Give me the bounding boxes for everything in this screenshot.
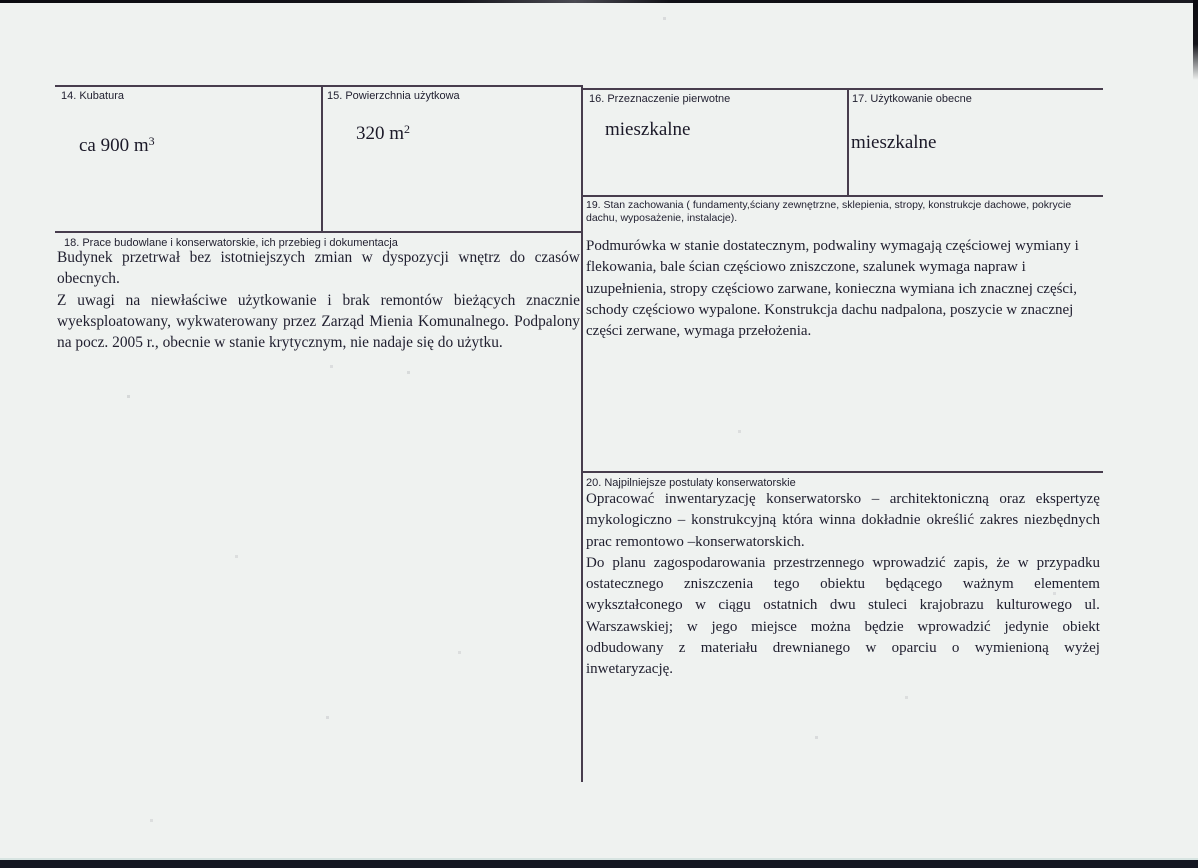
field-17-value: mieszkalne — [851, 132, 936, 154]
text-line: Zuwaginaniewłaściweużytkowanieibrakremon… — [57, 290, 580, 311]
rule-top-left — [55, 85, 582, 87]
text-line: ostatecznegozniszczeniategoobiektubędące… — [586, 574, 1100, 595]
scan-edge-bottom — [0, 860, 1198, 868]
text-line: Budynekprzetrwałbezistotniejszychzmianwd… — [57, 247, 580, 268]
text-line: inwetaryzację. — [586, 659, 1100, 680]
text-line: uzupełnienia, stropy częściowo zarwane, … — [586, 279, 1100, 300]
rule-above-field-19 — [583, 195, 1103, 197]
rule-center-vertical — [581, 85, 583, 782]
field-19-body: Podmurówka w stanie dostatecznym, podwal… — [586, 236, 1100, 342]
field-17-label: 17. Użytkowanie obecne — [852, 93, 972, 106]
field-15-superscript: 2 — [404, 122, 410, 136]
text-line: Doplanuzagospodarowaniaprzestrzennegowpr… — [586, 553, 1100, 574]
field-14-superscript: 3 — [149, 134, 155, 148]
scan-edge-corner — [1193, 0, 1198, 80]
text-line: na pocz. 2005 r., obecnie w stanie kryty… — [57, 332, 580, 353]
text-line: mykologiczno–konstrukcyjnąktórawinnadokł… — [586, 510, 1100, 531]
text-line: prac remontowo –konserwatorskich. — [586, 532, 1100, 553]
paper-speckles — [0, 0, 1, 1]
field-15-value: 320 m2 — [356, 122, 410, 145]
rule-divider-14-15 — [321, 85, 323, 233]
rule-above-field-20 — [583, 471, 1103, 473]
field-16-value: mieszkalne — [605, 119, 690, 141]
field-16-label: 16. Przeznaczenie pierwotne — [589, 93, 730, 106]
rule-top-right — [583, 88, 1103, 90]
rule-divider-16-17 — [847, 88, 849, 197]
text-line: schody częściowo wypalone. Konstrukcja d… — [586, 300, 1100, 321]
field-14-label: 14. Kubatura — [61, 90, 124, 103]
field-19-label: 19. Stan zachowania ( fundamenty,ściany … — [586, 199, 1098, 225]
document-page: 14. Kubatura ca 900 m3 15. Powierzchnia … — [0, 0, 1198, 868]
text-line: odbudowanyzmateriałudrewnianegowoparciuo… — [586, 638, 1100, 659]
field-18-body: Budynekprzetrwałbezistotniejszychzmianwd… — [57, 247, 580, 353]
text-line: wyeksploatowany,wykwaterowanyprzezZarząd… — [57, 311, 580, 332]
field-15-label: 15. Powierzchnia użytkowa — [327, 90, 460, 103]
scan-edge-top — [0, 0, 1198, 3]
text-line: Podmurówka w stanie dostatecznym, podwal… — [586, 236, 1100, 257]
field-14-value: ca 900 m3 — [79, 134, 155, 157]
text-line: obecnych. — [57, 268, 580, 289]
rule-above-field-18 — [55, 231, 582, 233]
field-20-body: Opracowaćinwentaryzacjękonserwatorsko–ar… — [586, 489, 1100, 681]
text-line: flekowania, bale ścian częściowo zniszcz… — [586, 257, 1100, 278]
text-line: wykształconegowciąguostatnichdwustulecik… — [586, 595, 1100, 616]
text-line: części zerwane, wymaga przełożenia. — [586, 321, 1100, 342]
text-line: Opracowaćinwentaryzacjękonserwatorsko–ar… — [586, 489, 1100, 510]
text-line: Warszawskiej;wjegomiejscemożnabędziewpro… — [586, 617, 1100, 638]
